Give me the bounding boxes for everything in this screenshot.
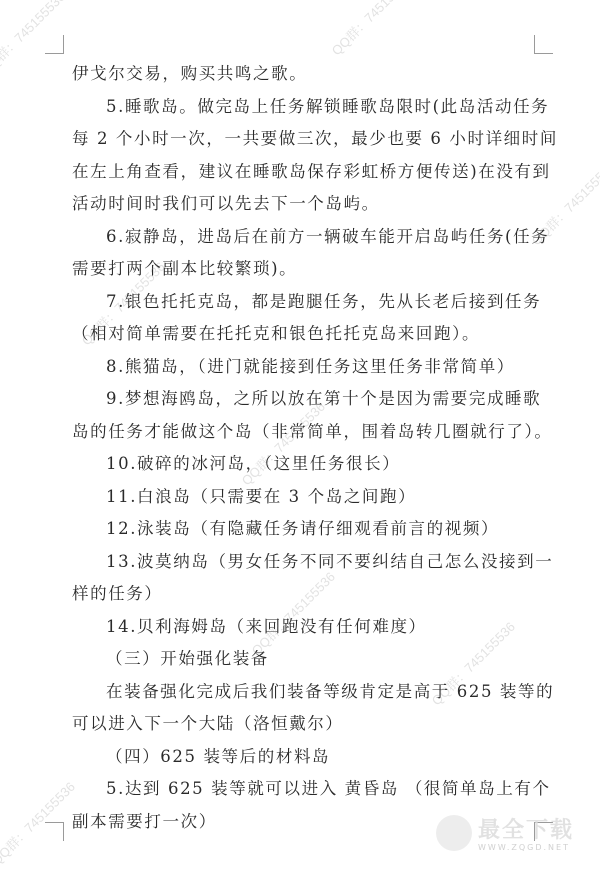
document-body: 伊戈尔交易，购买共鸣之歌。 5.睡歌岛。做完岛上任务解锁睡歌岛限时(此岛活动任务… [72, 58, 532, 838]
text-line: 8.熊猫岛，（进门就能接到任务这里任务非常简单） [72, 351, 532, 384]
text-line: 在左上角查看，建议在睡歌岛保存彩虹桥方便传送)在没有到 [72, 156, 532, 189]
text-line: 11.白浪岛（只需要在 3 个岛之间跑） [72, 481, 532, 514]
logo-icon [436, 815, 472, 851]
watermark-qq: QQ群：745155536 [327, 0, 419, 59]
logo-title: 最全下载 [478, 813, 574, 844]
margin-corner-bottom-left [45, 822, 64, 841]
logo-url: WWW.ZQGD.NET [478, 843, 570, 852]
text-line: 6.寂静岛，进岛后在前方一辆破车能开启岛屿任务(任务 [72, 221, 532, 254]
margin-corner-top-left [45, 35, 64, 54]
watermark-qq: QQ群：745155536 [0, 777, 79, 869]
text-line: 每 2 个小时一次，一共要做三次，最少也要 6 小时详细时间 [72, 123, 532, 156]
text-line: （相对简单需要在托托克和银色托托克岛来回跑）。 [72, 318, 532, 351]
text-line: 伊戈尔交易，购买共鸣之歌。 [72, 58, 532, 91]
text-line: 5.睡歌岛。做完岛上任务解锁睡歌岛限时(此岛活动任务 [72, 91, 532, 124]
text-line: 12.泳装岛（有隐藏任务请仔细观看前言的视频） [72, 513, 532, 546]
document-page: 伊戈尔交易，购买共鸣之歌。 5.睡歌岛。做完岛上任务解锁睡歌岛限时(此岛活动任务… [0, 0, 600, 872]
section-heading: （四）625 装等后的材料岛 [72, 741, 532, 774]
site-logo-watermark: 最全下载 WWW.ZQGD.NET [430, 805, 580, 865]
text-line: 活动时间时我们可以先去下一个岛屿。 [72, 188, 532, 221]
text-line: 10.破碎的冰河岛，（这里任务很长） [72, 448, 532, 481]
text-line: 13.波莫纳岛（男女任务不同不要纠结自己怎么没接到一 [72, 546, 532, 579]
text-line: 5.达到 625 装等就可以进入 黄昏岛 （很简单岛上有个 [72, 773, 532, 806]
margin-corner-top-right [534, 35, 553, 54]
text-line: 可以进入下一个大陆（洛恒戴尔） [72, 708, 532, 741]
